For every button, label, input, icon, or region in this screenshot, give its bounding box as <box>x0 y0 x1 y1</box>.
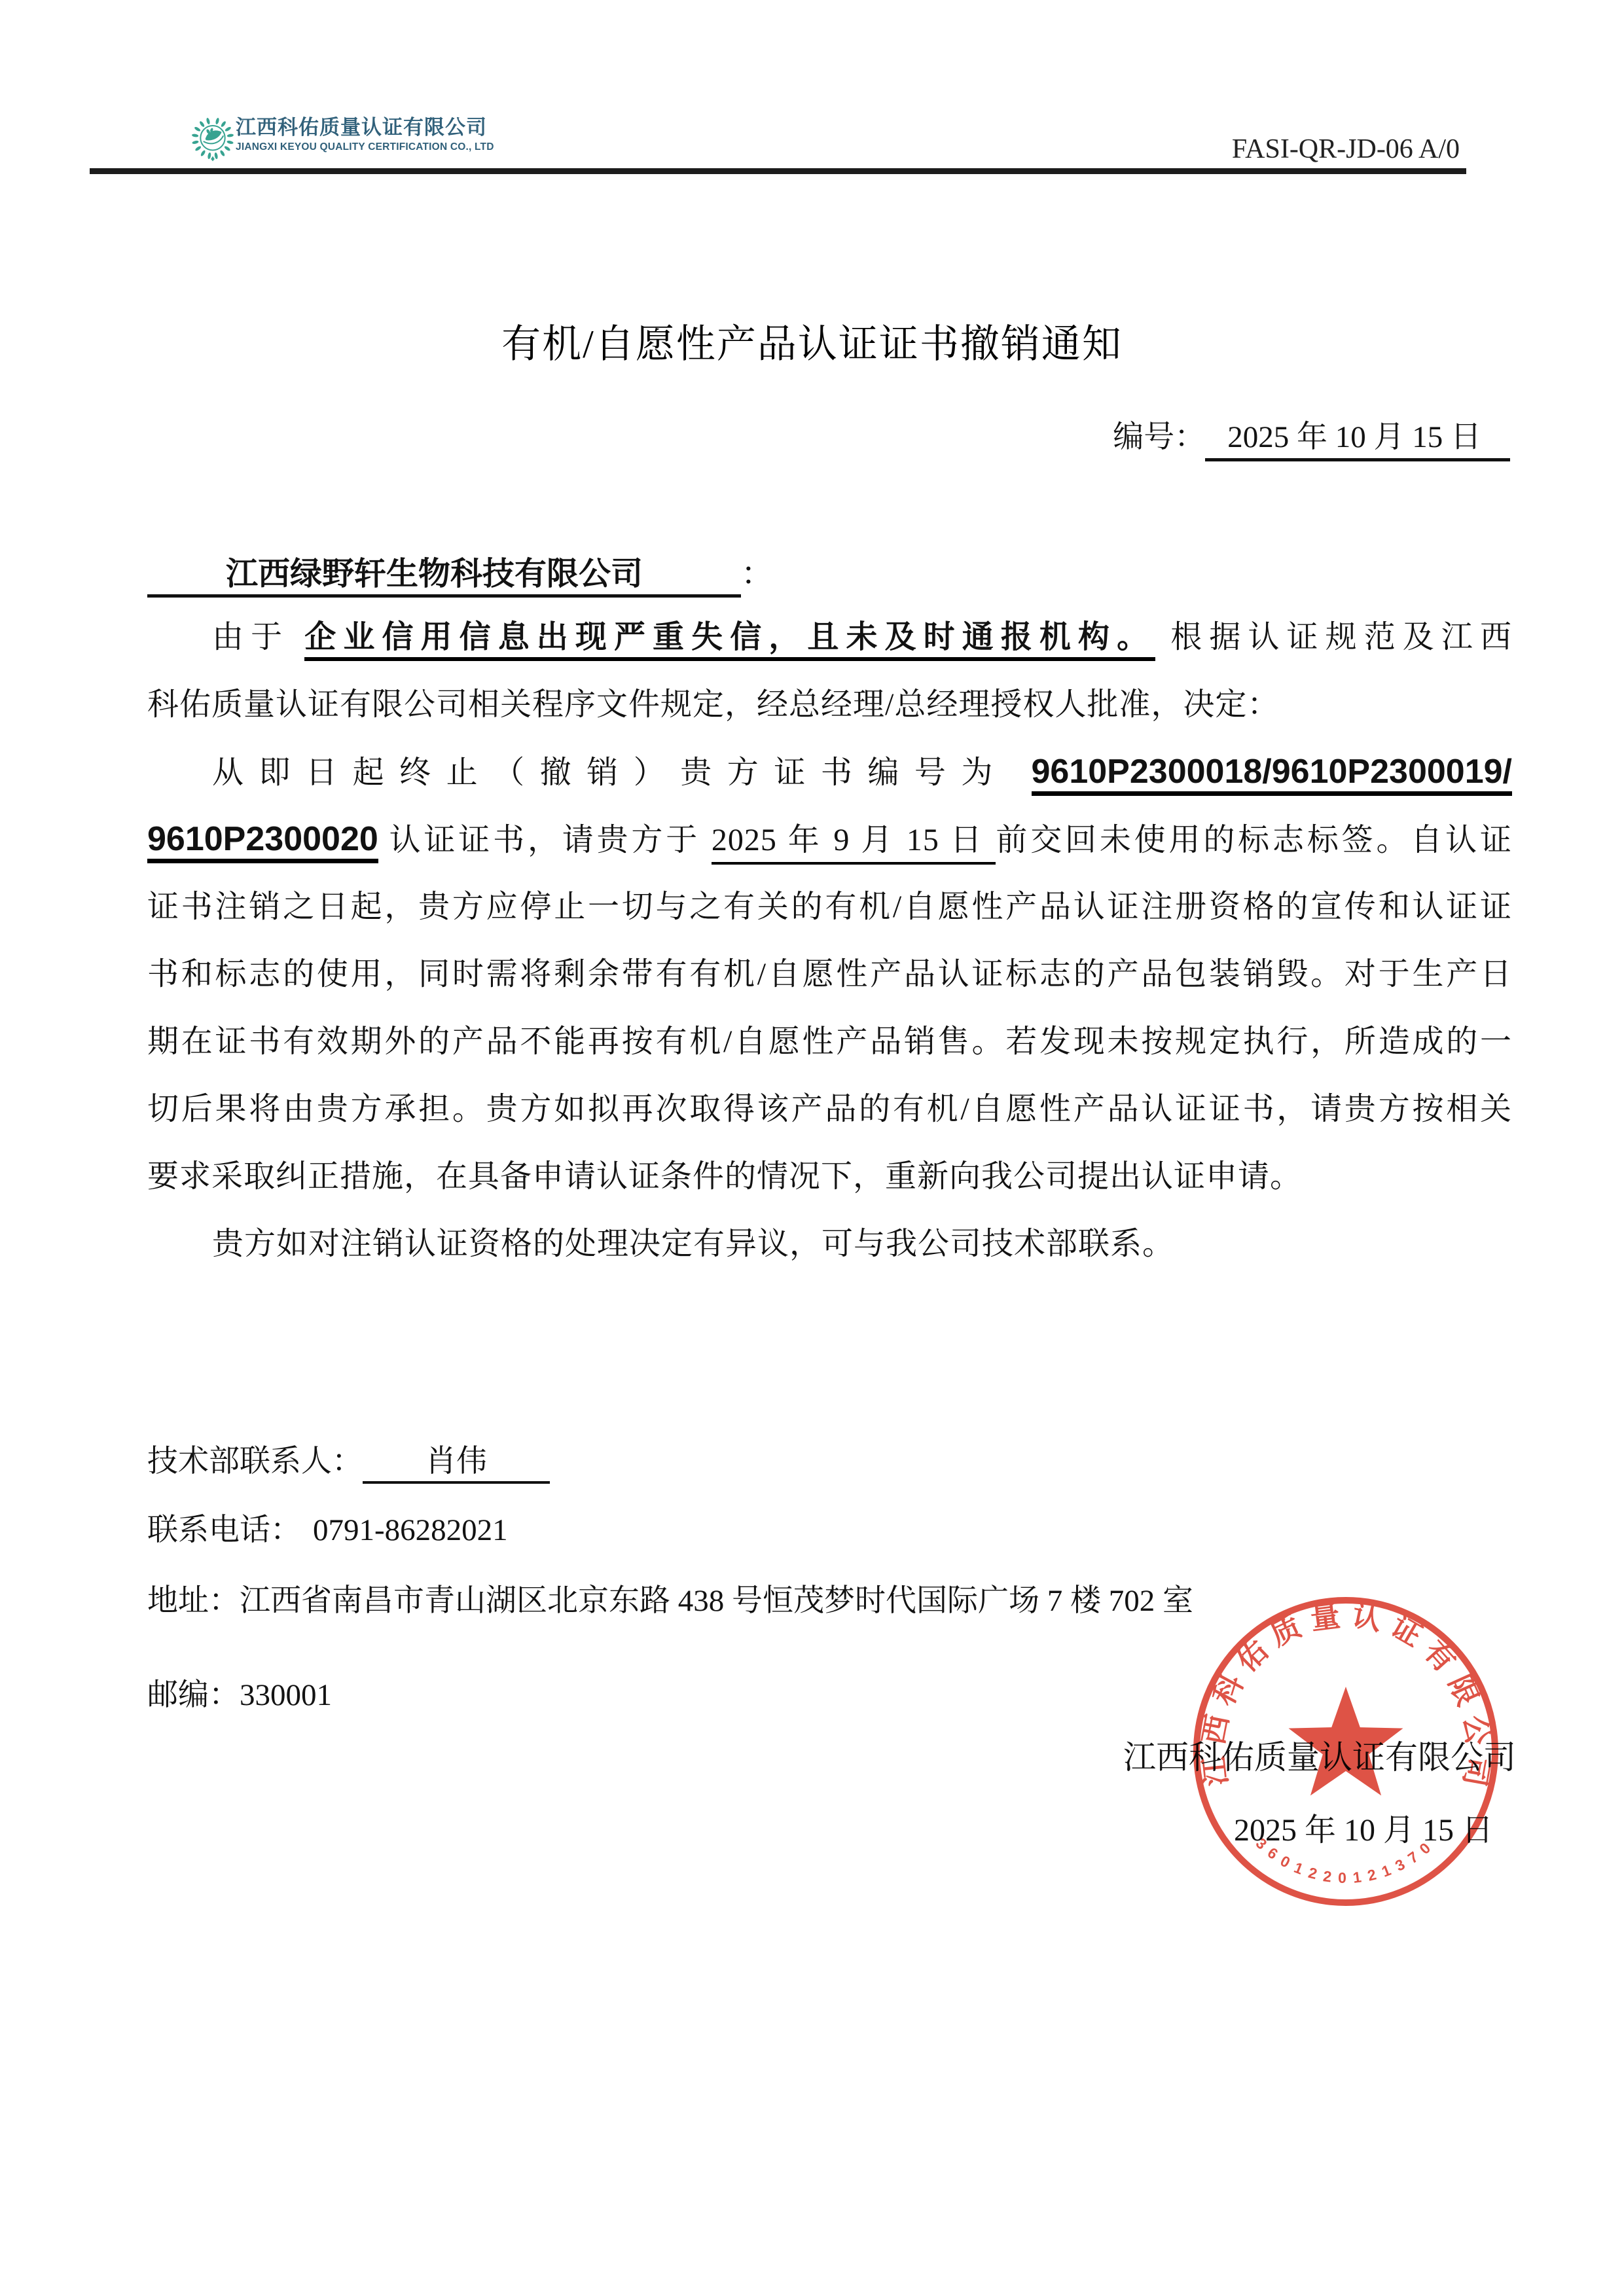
recipient-line: 江西绿野轩生物科技有限公司： <box>147 548 773 594</box>
body-segment-plain: 前交回未使用的标志标签。自认证 <box>996 823 1512 857</box>
body-segment-plain: 根据认证规范及江西 <box>1155 620 1512 655</box>
ref-label: 编号： <box>1113 420 1205 454</box>
body-paragraphs: 由于 企业信用信息出现严重失信，且未及时通报机构。 根据认证规范及江西科佑质量认… <box>147 603 1512 1278</box>
contact-address-value: 江西省南昌市青山湖区北京东路 438 号恒茂梦时代国际广场 7 楼 702 室 <box>240 1584 1193 1618</box>
contact-phone-value: 0791-86282021 <box>313 1513 508 1547</box>
stamp-star-icon <box>1289 1687 1403 1795</box>
body-segment-plain: 科佑质量认证有限公司相关程序文件规定，经总经理/总经理授权人批准，决定： <box>147 687 1279 722</box>
body-segment-plain: 切后果将由贵方承担。贵方如拟再次取得该产品的有机/自愿性产品认证证书，请贵方按相… <box>147 1092 1512 1126</box>
contact-address-row: 地址：江西省南昌市青山湖区北京东路 438 号恒茂梦时代国际广场 7 楼 702… <box>147 1576 1193 1620</box>
body-segment-plain: 从即日起终止（撤销）贵方证书编号为 <box>212 755 1032 790</box>
contact-phone-row: 联系电话：0791-86282021 <box>147 1505 508 1549</box>
body-line: 9610P2300020 认证证书，请贵方于 2025 年 9 月 15 日 前… <box>147 806 1512 873</box>
document-page: 江西科佑质量认证有限公司 JIANGXI KEYOU QUALITY CERTI… <box>0 0 1624 2296</box>
body-segment-plain: 要求采取纠正措施，在具备申请认证条件的情况下，重新向我公司提出认证申请。 <box>147 1159 1302 1194</box>
body-line: 由于 企业信用信息出现严重失信，且未及时通报机构。 根据认证规范及江西 <box>147 603 1512 671</box>
document-code: FASI-QR-JD-06 A/0 <box>1232 134 1460 165</box>
contact-zip-row: 邮编：330001 <box>147 1670 332 1714</box>
ref-date-underlined: 2025 年 10 月 15 日 <box>1205 420 1510 461</box>
contact-person-label: 技术部联系人： <box>147 1444 363 1479</box>
body-segment-plain: 证书注销之日起，贵方应停止一切与之有关的有机/自愿性产品认证注册资格的宣传和认证… <box>147 889 1512 924</box>
contact-address-label: 地址： <box>147 1584 240 1618</box>
body-line: 证书注销之日起，贵方应停止一切与之有关的有机/自愿性产品认证注册资格的宣传和认证… <box>147 873 1512 941</box>
body-line: 科佑质量认证有限公司相关程序文件规定，经总经理/总经理授权人批准，决定： <box>147 671 1512 738</box>
body-line: 贵方如对注销认证资格的处理决定有异议，可与我公司技术部联系。 <box>147 1210 1512 1278</box>
header-company-names: 江西科佑质量认证有限公司 JIANGXI KEYOU QUALITY CERTI… <box>236 117 494 152</box>
body-segment-plain: 书和标志的使用，同时需将剩余带有有机/自愿性产品认证标志的产品包装销毁。对于生产… <box>147 957 1512 992</box>
ref-number-line: 编号：2025 年 10 月 15 日 <box>1113 412 1510 456</box>
body-segment-bold-ul: 企业信用信息出现严重失信，且未及时通报机构。 <box>304 620 1155 661</box>
company-name-cn: 江西科佑质量认证有限公司 <box>236 117 494 137</box>
body-line: 要求采取纠正措施，在具备申请认证条件的情况下，重新向我公司提出认证申请。 <box>147 1143 1512 1210</box>
body-line: 切后果将由贵方承担。贵方如拟再次取得该产品的有机/自愿性产品认证证书，请贵方按相… <box>147 1075 1512 1143</box>
stamp-code-digits: 3601220121370 <box>1253 1835 1439 1886</box>
company-seal-stamp: 江西科佑质量认证有限公司 3601220121370 <box>1189 1595 1502 1908</box>
notice-title: 有机/自愿性产品认证证书撤销通知 <box>0 313 1624 369</box>
contact-person-row: 技术部联系人：肖伟 <box>147 1437 550 1480</box>
contact-person-name: 肖伟 <box>363 1444 550 1484</box>
keyou-wreath-logo-icon <box>190 114 235 165</box>
contact-zip-label: 邮编： <box>147 1678 240 1712</box>
svg-text:3601220121370: 3601220121370 <box>1253 1835 1439 1886</box>
body-segment-plain: 由于 <box>212 620 304 655</box>
recipient-company: 江西绿野轩生物科技有限公司 <box>147 556 741 598</box>
body-line: 期在证书有效期外的产品不能再按有机/自愿性产品销售。若发现未按规定执行，所造成的… <box>147 1008 1512 1075</box>
body-segment-plain: 贵方如对注销认证资格的处理决定有异议，可与我公司技术部联系。 <box>212 1227 1174 1261</box>
contact-zip-value: 330001 <box>240 1678 332 1712</box>
contact-phone-label: 联系电话： <box>147 1513 301 1547</box>
recipient-colon: ： <box>741 556 773 592</box>
body-segment-cert: 9610P2300020 <box>147 820 378 863</box>
body-line: 从即日起终止（撤销）贵方证书编号为 9610P2300018/9610P2300… <box>147 738 1512 806</box>
body-line: 书和标志的使用，同时需将剩余带有有机/自愿性产品认证标志的产品包装销毁。对于生产… <box>147 941 1512 1008</box>
body-segment-plain: 期在证书有效期外的产品不能再按有机/自愿性产品销售。若发现未按规定执行，所造成的… <box>147 1024 1512 1059</box>
header-rule <box>90 168 1466 174</box>
body-segment-plain: 认证证书，请贵方于 <box>378 823 712 857</box>
company-name-en: JIANGXI KEYOU QUALITY CERTIFICATION CO.,… <box>236 142 494 152</box>
body-segment-ul: 2025 年 9 月 15 日 <box>712 823 996 865</box>
body-segment-cert: 9610P2300018/9610P2300019/ <box>1032 753 1513 796</box>
